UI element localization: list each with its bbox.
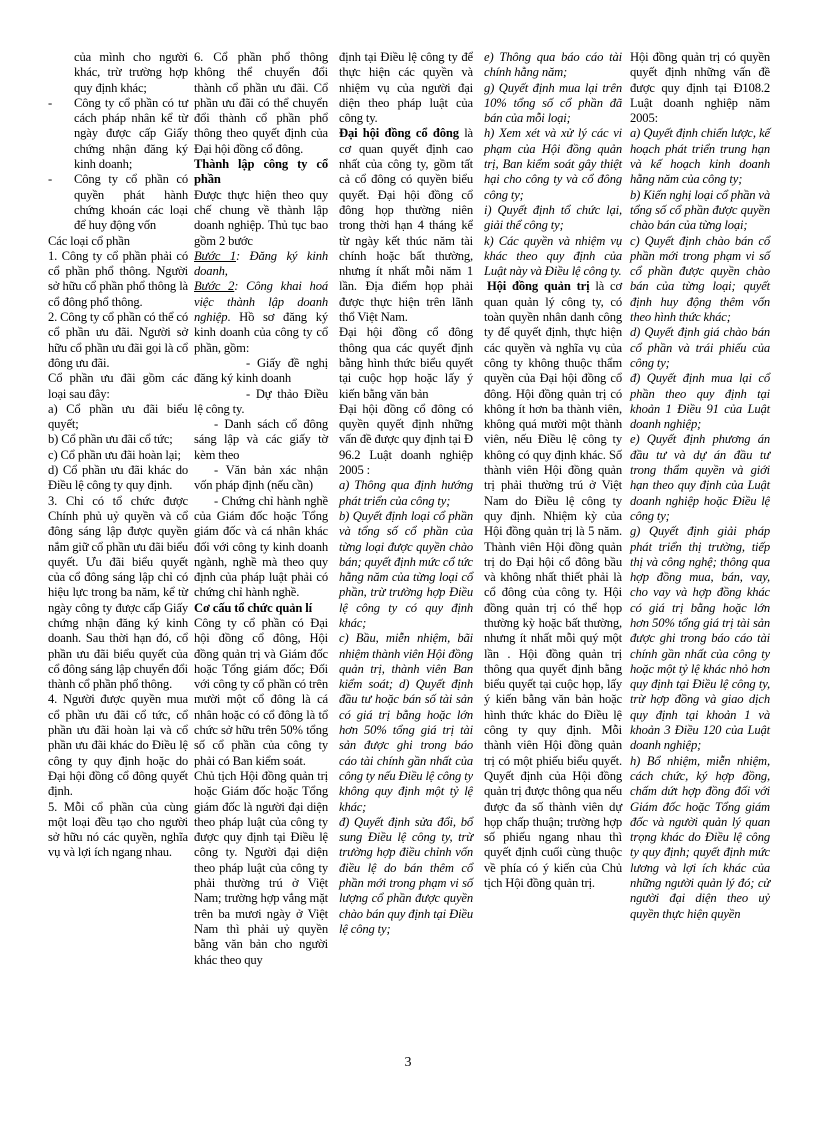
column-5: Hội đồng quản trị có quyền quyết định nh… bbox=[630, 50, 770, 922]
list-item: a) Cổ phần ưu đãi biểu quyết; bbox=[48, 402, 188, 433]
paragraph: Cổ phần ưu đãi gồm các loại sau đây: bbox=[48, 371, 188, 402]
paragraph: Đại hội đồng cổ đông là cơ quan quyết đị… bbox=[339, 126, 473, 325]
section-heading: Các loại cổ phần bbox=[48, 234, 188, 249]
paragraph: Công ty cổ phần có Đại hội đồng cổ đông,… bbox=[194, 616, 328, 769]
paragraph: 5. Mỗi cổ phần của cùng một loại đều tạo… bbox=[48, 800, 188, 861]
list-item: k) Các quyền và nhiệm vụ khác theo quy đ… bbox=[484, 234, 622, 280]
paragraph: Được thực hiện theo quy chế chung về thà… bbox=[194, 188, 328, 249]
list-item: b) Kiến nghị loại cổ phần và tổng số cổ … bbox=[630, 188, 770, 234]
paragraph: 1. Công ty cổ phần phải có cổ phần phổ t… bbox=[48, 249, 188, 310]
bullet-text: Công ty cổ phần có tư cách pháp nhân kể … bbox=[74, 96, 188, 171]
step-label: Bước 2 bbox=[194, 279, 234, 293]
paragraph: Hội đồng quản trị là cơ quan quản lý côn… bbox=[484, 279, 622, 891]
list-item: c) Bầu, miễn nhiệm, bãi nhiệm thành viên… bbox=[339, 631, 473, 815]
list-item: e) Thông qua báo cáo tài chính hằng năm; bbox=[484, 50, 622, 81]
list-item: a) Quyết định chiến lược, kế hoạch phát … bbox=[630, 126, 770, 187]
step-item: Bước 2: Công khai hoá việc thành lập doa… bbox=[194, 279, 328, 355]
step-item: Bước 1: Đăng ký kinh doanh, bbox=[194, 249, 328, 280]
paragraph: 3. Chỉ có tổ chức được Chính phủ uỷ quyề… bbox=[48, 494, 188, 693]
dash-bullet: - bbox=[48, 172, 52, 187]
document-item: - Chứng chỉ hành nghề của Giám đốc hoặc … bbox=[194, 494, 328, 601]
list-item: a) Thông qua định hướng phát triển của c… bbox=[339, 478, 473, 509]
paragraph: của mình cho người khác, trừ trường hợp … bbox=[48, 50, 188, 96]
paragraph: định tại Điều lệ công ty để thực hiện cá… bbox=[339, 50, 473, 126]
list-item: c) Cổ phần ưu đãi hoàn lại; bbox=[48, 448, 188, 463]
document-page: của mình cho người khác, trừ trường hợp … bbox=[0, 0, 816, 1123]
list-item: đ) Quyết định sửa đổi, bổ sung Điều lệ c… bbox=[339, 815, 473, 937]
column-4: e) Thông qua báo cáo tài chính hằng năm;… bbox=[484, 50, 622, 891]
paragraph-text: là cơ quan quản lý công ty, có toàn quyề… bbox=[484, 279, 622, 890]
list-item: đ) Quyết định mua lại cổ phần theo quy đ… bbox=[630, 371, 770, 432]
list-item: g) Quyết định mua lại trên 10% tổng số c… bbox=[484, 81, 622, 127]
list-item: c) Quyết định chào bán cổ phần mới trong… bbox=[630, 234, 770, 326]
paragraph: Đại hội đồng cổ đông có quyền quyết định… bbox=[339, 402, 473, 478]
paragraph: 2. Công ty cổ phần có thể có cổ phần ưu … bbox=[48, 310, 188, 371]
step-label: Bước 1 bbox=[194, 249, 236, 263]
bullet-text: Công ty cổ phần có quyền phát hành chứng… bbox=[74, 172, 188, 232]
column-1: của mình cho người khác, trừ trường hợp … bbox=[48, 50, 188, 861]
list-item: e) Quyết định phương án đầu tư và dự án … bbox=[630, 432, 770, 524]
list-item: i) Quyết định tổ chức lại, giải thể công… bbox=[484, 203, 622, 234]
paragraph: 4. Người được quyền mua cổ phần ưu đãi c… bbox=[48, 692, 188, 799]
paragraph: Hội đồng quản trị có quyền quyết định nh… bbox=[630, 50, 770, 126]
bullet-item: - Công ty cổ phần có tư cách pháp nhân k… bbox=[48, 96, 188, 172]
document-item: - Danh sách cổ đông sáng lập và các giấy… bbox=[194, 417, 328, 463]
list-item: h) Xem xét và xử lý các vi phạm của Hội … bbox=[484, 126, 622, 202]
section-heading: Cơ cấu tổ chức quản lí bbox=[194, 601, 328, 616]
bullet-item: - Công ty cổ phần có quyền phát hành chứ… bbox=[48, 172, 188, 233]
document-item: - Giấy đề nghị đăng ký kinh doanh bbox=[194, 356, 328, 387]
paragraph-text: là cơ quan quyết định cao nhất của công … bbox=[339, 126, 473, 324]
list-item: g) Quyết định giải pháp phát triển thị t… bbox=[630, 524, 770, 753]
list-item: b) Quyết định loại cổ phần và tổng số cổ… bbox=[339, 509, 473, 631]
document-item: - Dự thảo Điều lệ công ty. bbox=[194, 387, 328, 418]
page-number: 3 bbox=[0, 1055, 816, 1071]
column-3: định tại Điều lệ công ty để thực hiện cá… bbox=[339, 50, 473, 937]
paragraph: Chủ tịch Hội đồng quản trị hoặc Giám đốc… bbox=[194, 769, 328, 968]
list-item: d) Quyết định giá chào bán cổ phần và tr… bbox=[630, 325, 770, 371]
list-item: h) Bổ nhiệm, miễn nhiệm, cách chức, ký h… bbox=[630, 754, 770, 922]
list-item: d) Cổ phần ưu đãi khác do Điều lệ công t… bbox=[48, 463, 188, 494]
section-heading: Đại hội đồng cổ đông bbox=[339, 126, 459, 140]
dash-bullet: - bbox=[48, 96, 52, 111]
section-heading: Thành lập công ty cổ phần bbox=[194, 157, 328, 188]
section-heading: Hội đồng quản trị bbox=[487, 279, 589, 293]
column-2: 6. Cổ phần phổ thông không thể chuyển đổ… bbox=[194, 50, 328, 968]
paragraph: 6. Cổ phần phổ thông không thể chuyển đổ… bbox=[194, 50, 328, 157]
list-item: b) Cổ phần ưu đãi cổ tức; bbox=[48, 432, 188, 447]
document-item: - Văn bản xác nhận vốn pháp định (nếu cầ… bbox=[194, 463, 328, 494]
paragraph: Đại hội đồng cổ đông thông qua các quyết… bbox=[339, 325, 473, 401]
